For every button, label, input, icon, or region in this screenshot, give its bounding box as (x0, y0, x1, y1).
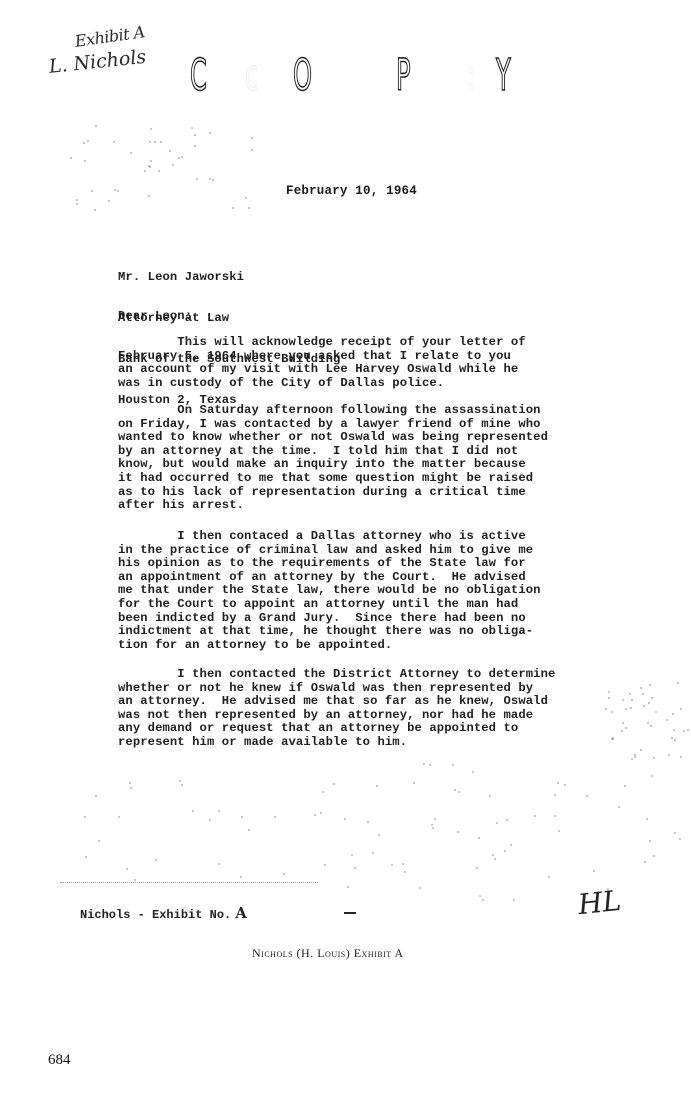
speck (668, 754, 670, 756)
speck (454, 789, 456, 791)
paragraph-line: an appointment of an attorney by the Cou… (118, 571, 541, 585)
speck (240, 876, 242, 878)
paragraph-1: This will acknowledge receipt of your le… (118, 336, 526, 390)
speck (354, 867, 356, 869)
speck (513, 899, 515, 901)
speck (178, 157, 180, 159)
paragraph-line: I then contacted the District Attorney t… (118, 668, 555, 682)
address-line: Mr. Leon Jaworski (118, 271, 340, 285)
speck (274, 816, 276, 818)
speck (431, 824, 433, 826)
speck (248, 207, 250, 209)
speck (423, 763, 425, 765)
paragraph-line: wanted to know whether or not Oswald was… (118, 431, 548, 445)
speck (478, 837, 480, 839)
speck (218, 863, 220, 865)
speck (241, 816, 243, 818)
paragraph-line: indictment at that time, he thought ther… (118, 625, 541, 639)
speck (687, 729, 689, 731)
speck (372, 852, 374, 854)
speck (586, 795, 588, 797)
speck (322, 791, 324, 793)
speck (148, 165, 150, 167)
speck (419, 887, 421, 889)
paragraph-line: know, but would make an inquiry into the… (118, 458, 548, 472)
speck (504, 850, 506, 852)
speck (643, 705, 645, 707)
speck (130, 787, 132, 789)
speck (248, 829, 250, 831)
speck (608, 697, 610, 699)
paragraph-line: February 5, 1964 where you asked that I … (118, 350, 526, 364)
speck (149, 141, 151, 143)
letter-date: February 10, 1964 (286, 184, 417, 198)
paragraph-line: On Saturday afternoon following the assa… (118, 404, 548, 418)
speck (679, 838, 681, 840)
salutation: Dear Leon: (118, 310, 192, 324)
speck (232, 207, 234, 209)
speck (489, 795, 491, 797)
speck (479, 895, 481, 897)
speck (622, 699, 624, 701)
speck (624, 785, 626, 787)
speck (150, 128, 152, 130)
speck (666, 719, 668, 721)
paragraph-line: represent him or made available to him. (118, 736, 555, 750)
speck (611, 711, 613, 713)
speck (83, 142, 85, 144)
speck (148, 195, 150, 197)
paragraph-line: it had occurred to me that some question… (118, 472, 548, 486)
speck (160, 141, 162, 143)
speck (114, 189, 116, 191)
paragraph-line: This will acknowledge receipt of your le… (118, 336, 526, 350)
speck (650, 725, 652, 727)
exhibit-label-line: Nichols - Exhibit No.A (80, 904, 247, 922)
speck (434, 818, 436, 820)
speck (674, 739, 676, 741)
speck (634, 754, 636, 756)
speck (673, 729, 675, 731)
speck (191, 127, 193, 129)
speck (129, 782, 131, 784)
speck (593, 870, 595, 872)
paragraph-line: an account of my visit with Lee Harvey O… (118, 363, 526, 377)
speck (622, 722, 624, 724)
speck (680, 708, 682, 710)
speck (631, 758, 633, 760)
speck (674, 832, 676, 834)
speck (402, 863, 404, 865)
speck (564, 784, 566, 786)
speck (649, 840, 651, 842)
speck (85, 856, 87, 858)
speck (648, 702, 650, 704)
speck (457, 831, 459, 833)
speck (108, 200, 110, 202)
speck (651, 697, 653, 699)
speck (158, 170, 160, 172)
speck (218, 810, 220, 812)
speck (192, 810, 194, 812)
speck (452, 764, 454, 766)
paragraph-line: was not then represented by an attorney,… (118, 709, 555, 723)
speck (458, 791, 460, 793)
speck (378, 834, 380, 836)
paragraph-line: by an attorney at the time. I told him t… (118, 445, 548, 459)
speck (209, 132, 211, 134)
speck (251, 149, 253, 151)
speck (680, 756, 682, 758)
paragraph-4: I then contacted the District Attorney t… (118, 668, 555, 750)
speck (476, 867, 478, 869)
paragraph-line: I then contaced a Dallas attorney who is… (118, 530, 541, 544)
speck (351, 854, 353, 856)
paragraph-2: On Saturday afternoon following the assa… (118, 404, 548, 513)
paragraph-line: his opinion as to the requirements of th… (118, 557, 541, 571)
paragraph-line: was in custody of the City of Dallas pol… (118, 377, 526, 391)
speck (91, 190, 93, 192)
speck (625, 708, 627, 710)
speck (196, 178, 198, 180)
speck (548, 876, 550, 878)
speck (482, 899, 484, 901)
speck (612, 737, 614, 739)
speck (84, 160, 86, 162)
speck (118, 816, 120, 818)
speck (95, 125, 97, 127)
speck (404, 871, 406, 873)
document-page: Exhibit A L. Nichols C c O P : Y Februar… (0, 0, 691, 1094)
speck (631, 699, 633, 701)
speck (629, 693, 631, 695)
speck (209, 819, 211, 821)
speck (677, 682, 679, 684)
speck (494, 858, 496, 860)
dash-mark (344, 912, 356, 914)
speck (653, 855, 655, 857)
exhibit-caption: Nichols (H. Louis) Exhibit A (252, 946, 404, 961)
speck (169, 150, 171, 152)
stamp-letter-p: P (396, 54, 411, 98)
speck (324, 864, 326, 866)
paragraph-line: on Friday, I was contacted by a lawyer f… (118, 418, 548, 432)
speck (320, 812, 322, 814)
speck (251, 137, 253, 139)
speck (618, 806, 620, 808)
speck (640, 749, 642, 751)
speck (144, 170, 146, 172)
speck (644, 861, 646, 863)
speck (76, 203, 78, 205)
stamp-letter-faint-1: c (245, 54, 258, 98)
speck (117, 190, 119, 192)
stamp-letter-c: C (190, 54, 207, 98)
paragraph-line: after his arrest. (118, 499, 548, 513)
speck (554, 794, 556, 796)
speck (625, 727, 627, 729)
speck (649, 684, 651, 686)
speck (672, 713, 674, 715)
speck (391, 864, 393, 866)
speck (510, 844, 512, 846)
speck (655, 711, 657, 713)
speck (70, 157, 72, 159)
paragraph-line: any demand or request that an attorney b… (118, 722, 555, 736)
speck (630, 707, 632, 709)
exhibit-label: Nichols - Exhibit No. (80, 908, 231, 922)
speck (84, 816, 86, 818)
speck (94, 209, 96, 211)
speck (671, 737, 673, 739)
speck (181, 156, 183, 158)
speck (496, 822, 498, 824)
speck (283, 873, 285, 875)
speck (534, 815, 536, 817)
speck (130, 152, 132, 154)
speck (154, 141, 156, 143)
speck (314, 814, 316, 816)
speck (126, 868, 128, 870)
speck (179, 780, 181, 782)
speck (492, 854, 494, 856)
speck (621, 730, 623, 732)
paragraph-line: an attorney. He advised me that so far a… (118, 695, 555, 709)
speck (506, 819, 508, 821)
paragraph-line: me that under the State law, there would… (118, 584, 541, 598)
speck (634, 756, 636, 758)
speck (647, 722, 649, 724)
speck (181, 784, 183, 786)
speck (472, 771, 474, 773)
speck (113, 141, 115, 143)
paragraph-line: whether or not he knew if Oswald was the… (118, 682, 555, 696)
page-number: 684 (48, 1052, 71, 1069)
speck (413, 782, 415, 784)
speck (640, 687, 642, 689)
paragraph-line: for the Court to appoint an attorney unt… (118, 598, 541, 612)
speck (605, 708, 607, 710)
stamp-letter-faint-2: : (467, 54, 475, 98)
speck (155, 859, 157, 861)
speck (554, 815, 556, 817)
speck (172, 164, 174, 166)
speck (653, 757, 655, 759)
speck (98, 840, 100, 842)
speck (646, 818, 648, 820)
speck (557, 782, 559, 784)
speck (212, 179, 214, 181)
speck (134, 879, 136, 881)
paragraph-line: as to his lack of representation during … (118, 486, 548, 500)
speck (367, 821, 369, 823)
speck (432, 827, 434, 829)
speck (642, 693, 644, 695)
speck (333, 783, 335, 785)
speck (194, 145, 196, 147)
speck (429, 764, 431, 766)
speck (245, 197, 247, 199)
speck (194, 134, 196, 136)
stamp-letter-y: Y (496, 54, 511, 98)
paragraph-line: in the practice of criminal law and aske… (118, 544, 541, 558)
speck (558, 830, 560, 832)
paragraph-line: been indicted by a Grand Jury. Since the… (118, 612, 541, 626)
stamp-letter-o: O (293, 54, 312, 98)
speck (344, 818, 346, 820)
speck (76, 199, 78, 201)
copy-stamp: C c O P : Y (0, 54, 691, 104)
speck (683, 730, 685, 732)
handwritten-initials: HL (576, 884, 622, 921)
speck (87, 140, 89, 142)
speck (150, 160, 152, 162)
speck (651, 775, 653, 777)
exhibit-mark: A (235, 904, 247, 922)
speck (347, 886, 349, 888)
paragraph-line: tion for an attorney to be appointed. (118, 639, 541, 653)
speck (608, 691, 610, 693)
paragraph-3: I then contaced a Dallas attorney who is… (118, 530, 541, 652)
speck (376, 785, 378, 787)
speck (95, 795, 97, 797)
faint-rule (60, 882, 318, 883)
